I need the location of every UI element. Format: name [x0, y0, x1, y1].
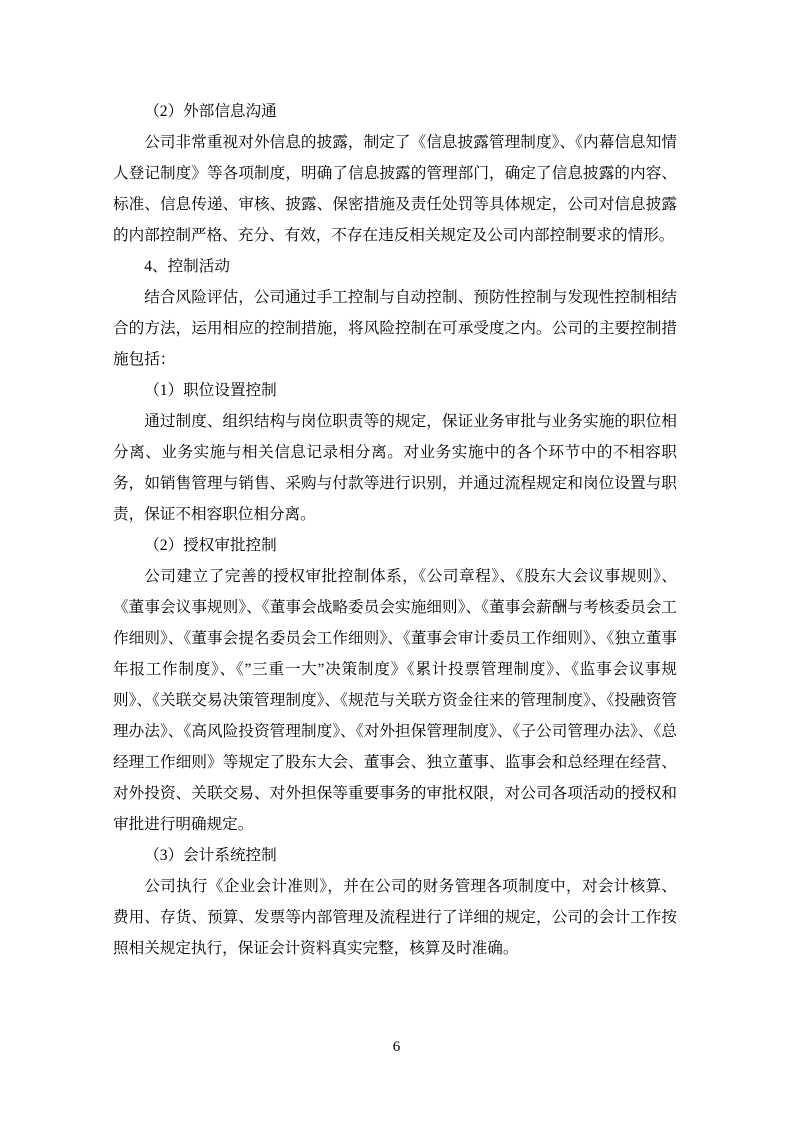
para-accounting-system-body: 公司执行《企业会计准则》，并在公司的财务管理各项制度中，对会计核算、费用、存货、… [113, 871, 677, 964]
para-control-activities-body: 结合风险评估，公司通过手工控制与自动控制、预防性控制与发现性控制相结合的方法，运… [113, 282, 677, 375]
para-position-setup-body: 通过制度、组织结构与岗位职责等的规定，保证业务审批与业务实施的职位相分离、业务实… [113, 406, 677, 530]
para-authorization-approval-body: 公司建立了完善的授权审批控制体系，《公司章程》、《股东大会议事规则》、《董事会议… [113, 561, 677, 840]
document-page: （2）外部信息沟通 公司非常重视对外信息的披露，制定了《信息披露管理制度》、《内… [113, 96, 677, 964]
para-heading-authorization-approval-control: （2）授权审批控制 [113, 530, 677, 561]
para-heading-control-activities: 4、控制活动 [113, 251, 677, 282]
para-heading-external-info-communication: （2）外部信息沟通 [113, 96, 677, 127]
para-heading-position-setup-control: （1）职位设置控制 [113, 375, 677, 406]
para-external-info-body: 公司非常重视对外信息的披露，制定了《信息披露管理制度》、《内幕信息知情人登记制度… [113, 127, 677, 251]
para-heading-accounting-system-control: （3）会计系统控制 [113, 840, 677, 871]
page-number: 6 [0, 1038, 793, 1056]
